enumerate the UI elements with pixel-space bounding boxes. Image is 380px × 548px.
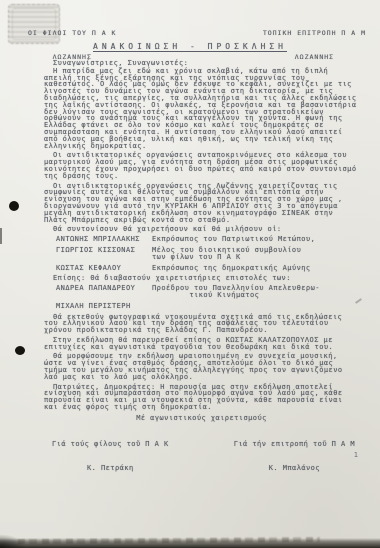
signature-left-org: Γιά τούς φίλους τοῦ Π Α Κ: [52, 440, 169, 448]
salutation: Συναγωνίστριες, Συναγωνιστές:: [44, 60, 359, 67]
document-title: ΑΝΑΚΟΙΝΩΣΗ - ΠΡΟΣΚΛΗΣΗ: [0, 42, 380, 51]
speaker-role: Μέλος του διοικητικού συμβουλίου των φίλ…: [152, 247, 359, 261]
speaker-name: ΚΩΣΤΑΣ ΚΕΦΑΛΟΥ: [56, 265, 152, 272]
letterhead-left-org: ΟΙ ΦΙΛΟΙ ΤΟΥ Π Α Κ: [28, 29, 116, 37]
paragraph: Η πατρίδα μας ζει εδώ και χρόνια σκλαβιά…: [44, 68, 359, 150]
speaker-role: Εκπρόσωπος της δημοκρατικής Αμύνης: [152, 265, 359, 272]
speaker-row: ΑΝΤΩΝΗΣ ΜΠΡΙΛΛΑΚΗΣ Εκπρόσωπος του Πατριω…: [56, 236, 359, 243]
letter-sender-role: Προέδρου του Πανελληνίου Απελευθερω- τικ…: [152, 285, 359, 299]
letters-intro: Επίσης: Θά διαβαστούν χαιρετιστήριες επι…: [44, 275, 359, 282]
paragraph: Πατριώτες, Δημοκράτες: Η παρουσία μας στ…: [44, 384, 359, 411]
punch-hole-dot: [9, 201, 19, 211]
speaker-role: Εκπρόσωπος του Πατριωτικού Μετώπου,: [152, 236, 359, 243]
stray-digit-artifact: 1: [354, 451, 358, 459]
signature-left-name: Κ. Πετράκη: [52, 464, 169, 472]
signoff-line: Μέ αγωνιστικούς χαιρετισμούς: [44, 415, 359, 422]
letter-sender-name: ΜΙΧΑΛΗ ΠΕΡΙΣΤΕΡΗ: [56, 303, 152, 310]
letter-sender-name: ΑΝΔΡΕΑ ΠΑΠΑΝΔΡΕΟΥ: [56, 285, 152, 299]
letter-sender-role: [152, 303, 359, 310]
signature-right: Γιά τήν επιτροπή τοῦ Π Α Μ Κ. Μπαλάνος: [234, 424, 355, 488]
document-body: Συναγωνίστριες, Συναγωνιστές: Η πατρίδα …: [44, 60, 359, 488]
paragraph: Θά μορφώσουμε την εκδήλωση ωραιοποιημένη…: [44, 353, 359, 380]
paragraph: Οι αντιδικτατορικές οργανώσεις ανταποκρι…: [44, 152, 359, 179]
scan-bottom-band: [0, 538, 380, 548]
corner-shadow: [0, 534, 26, 548]
signature-right-name: Κ. Μπαλάνος: [234, 464, 355, 472]
scanned-document-page: ΟΙ ΦΙΛΟΙ ΤΟΥ Π Α Κ ΛΩΖΑΝΝΗΣ ΤΟΠΙΚΗ ΕΠΙΤΡ…: [0, 0, 380, 548]
letter-row: ΑΝΔΡΕΑ ΠΑΠΑΝΔΡΕΟΥ Προέδρου του Πανελληνί…: [56, 285, 359, 299]
signature-right-org: Γιά τήν επιτροπή τοῦ Π Α Μ: [234, 440, 355, 448]
letter-row: ΜΙΧΑΛΗ ΠΕΡΙΣΤΕΡΗ: [56, 303, 359, 310]
scan-edge-artifact: [0, 228, 2, 244]
speakers-intro: Θά συντονίσουν θά χαιρετήσουν καί θά μιλ…: [44, 226, 359, 233]
paragraph: Οι αντιδικτατορικές οργανώσεις της Λωζάν…: [44, 183, 359, 224]
speaker-name: ΑΝΤΩΝΗΣ ΜΠΡΙΛΛΑΚΗΣ: [56, 236, 152, 243]
paragraph: Θά εκτεθούν φωτογραφικά ντοκουμέντα σχετ…: [44, 314, 359, 334]
paragraph: Στην εκδήλωση θά παρευρεθεί επίσης ο ΚΩΣ…: [44, 337, 359, 351]
signature-left: Γιά τούς φίλους τοῦ Π Α Κ Κ. Πετράκη: [52, 424, 169, 488]
letterhead-right-org: ΤΟΠΙΚΗ ΕΠΙΤΡΟΠΗ Π Α Μ: [263, 29, 366, 37]
speaker-row: ΓΙΩΡΓΙΟΣ ΚΙΣΣΟΝΑΣ Μέλος του διοικητικού …: [56, 247, 359, 261]
punch-hole-dot: [15, 346, 25, 355]
speaker-row: ΚΩΣΤΑΣ ΚΕΦΑΛΟΥ Εκπρόσωπος της δημοκρατικ…: [56, 265, 359, 272]
signature-row: Γιά τούς φίλους τοῦ Π Α Κ Κ. Πετράκη Γιά…: [52, 424, 355, 488]
speaker-name: ΓΙΩΡΓΙΟΣ ΚΙΣΣΟΝΑΣ: [56, 247, 152, 261]
